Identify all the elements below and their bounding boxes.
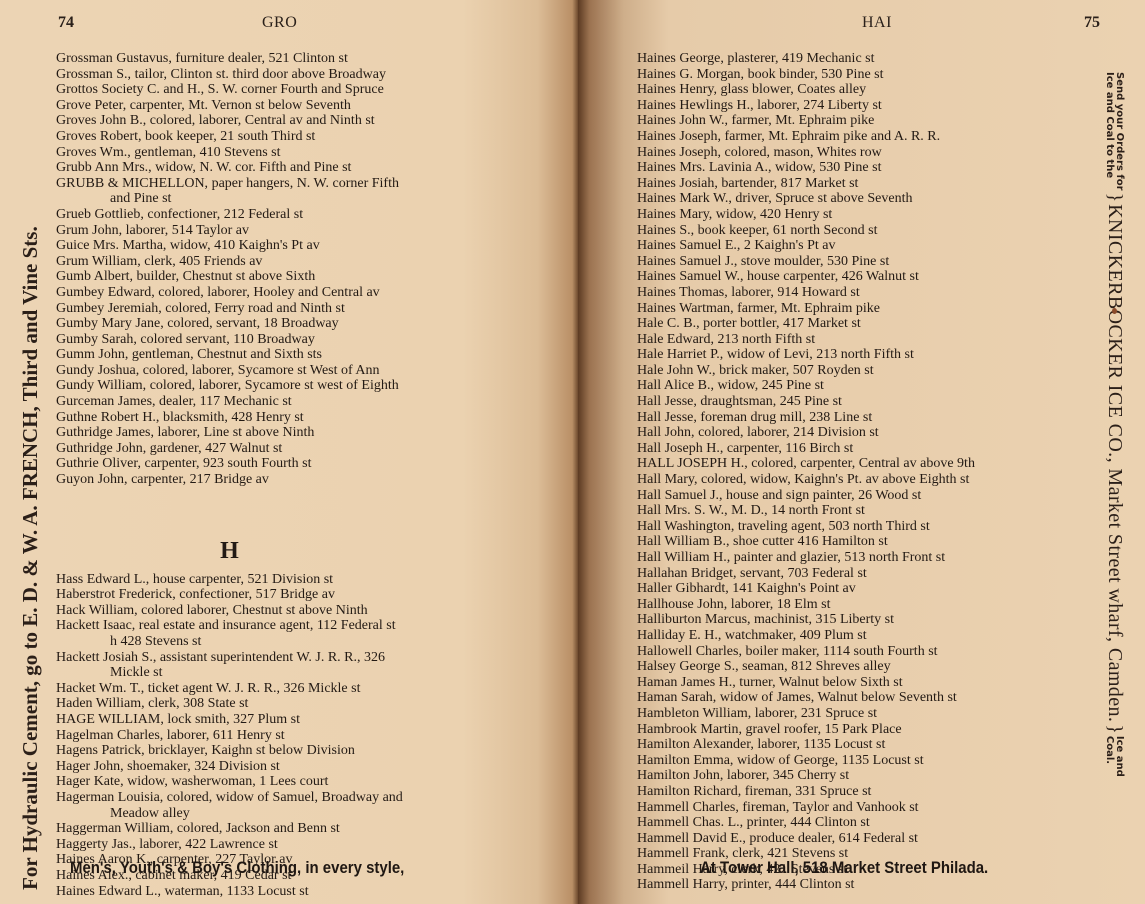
entry-details: blacksmith, 428 Henry st: [163, 410, 304, 425]
directory-entry: Hammell David E., produce dealer, 614 Fe…: [637, 831, 975, 847]
entry-details: printer, 444 Clinton st: [731, 877, 854, 892]
entry-name: Hammell David E.,: [637, 831, 746, 846]
directory-entry: Gumby Sarah, colored servant, 110 Broadw…: [56, 332, 403, 348]
entry-name: Haines Mary,: [637, 207, 712, 222]
directory-entry: Hall Jesse, foreman drug mill, 238 Line …: [637, 410, 975, 426]
entry-name: Hall Joseph H.,: [637, 441, 723, 456]
entry-name: Haines Wartman,: [637, 301, 734, 316]
directory-entry: Gundy William, colored, laborer, Sycamor…: [56, 378, 403, 394]
directory-entry: Haines Samuel E., 2 Kaighn's Pt av: [637, 238, 975, 254]
entry-name: Hallahan Bridget,: [637, 566, 737, 581]
entry-name: Gumby Sarah,: [56, 332, 137, 347]
entry-details: widow, 420 Henry st: [716, 207, 833, 222]
entry-name: Grossman Gustavus,: [56, 51, 172, 66]
entry-details: colored, laborer, Sycamore st West of An…: [143, 363, 380, 378]
entry-name: Hallhouse John,: [637, 597, 727, 612]
entry-name: Hammell Chas. L.,: [637, 815, 743, 830]
entry-name: Haines G. Morgan,: [637, 67, 744, 82]
entry-name: GRUBB & MICHELLON,: [56, 176, 208, 191]
entry-details: gentleman, 410 Stevens st: [134, 145, 280, 160]
directory-entry: Hale John W., brick maker, 507 Royden st: [637, 363, 975, 379]
directory-entry: Hall Mrs. S. W., M. D., 14 north Front s…: [637, 503, 975, 519]
entry-details: stove moulder, 530 Pine st: [741, 254, 889, 269]
entry-details: boiler maker, 1114 south Fourth st: [745, 644, 937, 659]
directory-entry: Haines Josiah, bartender, 817 Market st: [637, 176, 975, 192]
entry-details: colored servant, 110 Broadway: [140, 332, 314, 347]
entry-name: Groves John B.,: [56, 113, 146, 128]
entry-name: Hall William H.,: [637, 550, 730, 565]
entry-name: Hambleton William,: [637, 706, 751, 721]
entry-details: M. D., 14 north Front st: [731, 503, 865, 518]
directory-entry: Hall Joseph H., carpenter, 116 Birch st: [637, 441, 975, 457]
entry-name: Grueb Gottlieb,: [56, 207, 144, 222]
entry-name: Hall Jesse,: [637, 394, 697, 409]
directory-entry: Haines Mrs. Lavinia A., widow, 530 Pine …: [637, 160, 975, 176]
directory-entry: Gumbey Edward, colored, laborer, Hooley …: [56, 285, 403, 301]
directory-entries-right: Haines George, plasterer, 419 Mechanic s…: [637, 51, 975, 893]
entry-details: confectioner, 517 Bridge av: [179, 587, 335, 602]
entry-name: Hall Samuel J.,: [637, 488, 723, 503]
margin-ad-main: KNICKERBOCKER ICE CO., Market Street wha…: [1103, 204, 1126, 722]
entry-details: shoe cutter 416 Hamilton st: [733, 534, 888, 549]
entry-details: traveling agent, 503 north Third st: [738, 519, 930, 534]
entry-details: plasterer, 419 Mechanic st: [727, 51, 874, 66]
entry-name: Hamilton Alexander,: [637, 737, 754, 752]
entry-details: colored, widow of Samuel, Broadway and: [167, 790, 403, 805]
entry-details: paper hangers, N. W. corner Fifth: [212, 176, 399, 191]
entry-details: assistant superintendent W. J. R. R., 32…: [160, 650, 385, 665]
directory-entry: Guthridge James, laborer, Line st above …: [56, 425, 403, 441]
entry-name: Haines Edward L.,: [56, 884, 161, 899]
entry-details: confectioner, 212 Federal st: [147, 207, 303, 222]
entry-details: colored, mason, Whites row: [725, 145, 882, 160]
directory-entry: Hammell Chas. L., printer, 444 Clinton s…: [637, 815, 975, 831]
entry-name: Gurceman James,: [56, 394, 156, 409]
entry-details: laborer, 422 Lawrence st: [139, 837, 278, 852]
entry-details: laborer, 18 Elm st: [731, 597, 831, 612]
directory-entry: Haines Joseph, farmer, Mt. Ephraim pike …: [637, 129, 975, 145]
directory-entry: Grove Peter, carpenter, Mt. Vernon st be…: [56, 98, 403, 114]
entry-details: colored, laborer, 214 Division st: [698, 425, 879, 440]
entry-name: Haines Josiah,: [637, 176, 718, 191]
section-gap: [56, 488, 403, 528]
left-page: 74 GRO Grossman Gustavus, furniture deal…: [0, 0, 578, 904]
entry-name: Hammell Harry,: [637, 877, 728, 892]
entry-details: widow, 245 Pine st: [718, 378, 824, 393]
entry-name: Hale Harriet P.,: [637, 347, 723, 362]
entry-details: lock smith, 327 Plum st: [167, 712, 300, 727]
entry-details: book binder, 530 Pine st: [748, 67, 884, 82]
entry-details: farmer, Mt. Ephraim pike and A. R. R.: [725, 129, 941, 144]
margin-ad-small-text: Send your Orders for Ice and Coal to the: [1105, 72, 1125, 191]
entry-name: Haden William,: [56, 696, 145, 711]
directory-entry: Haines Henry, glass blower, Coates alley: [637, 82, 975, 98]
entry-details: carpenter, 116 Birch st: [727, 441, 853, 456]
entry-details: widow, 410 Kaighn's Pt av: [170, 238, 320, 253]
entry-details: house carpenter, 521 Division st: [153, 572, 333, 587]
directory-entry: Grossman Gustavus, furniture dealer, 521…: [56, 51, 403, 67]
directory-entry: Gumbey Jeremiah, colored, Ferry road and…: [56, 301, 403, 317]
directory-entry: Haggerty Jas., laborer, 422 Lawrence st: [56, 837, 403, 853]
entry-details: foreman drug mill, 238 Line st: [700, 410, 872, 425]
directory-entry: Guthridge John, gardener, 427 Walnut st: [56, 441, 403, 457]
directory-entry: HAGE WILLIAM, lock smith, 327 Plum st: [56, 712, 403, 728]
entry-name: Hagerman Louisia,: [56, 790, 163, 805]
entry-details: book keeper, 61 north Second st: [698, 223, 878, 238]
entry-name: Hackett Isaac,: [56, 618, 135, 633]
directory-entry: Guice Mrs. Martha, widow, 410 Kaighn's P…: [56, 238, 403, 254]
entry-name: Haines Henry,: [637, 82, 717, 97]
entry-name: Hagelman Charles,: [56, 728, 163, 743]
directory-entry: Hambleton William, laborer, 231 Spruce s…: [637, 706, 975, 722]
directory-entry: Hammell Harry, printer, 444 Clinton st: [637, 877, 975, 893]
entry-details: bricklayer, Kaighn st below Division: [148, 743, 355, 758]
book-spread: 74 GRO Grossman Gustavus, furniture deal…: [0, 0, 1145, 904]
entry-details: seaman, 812 Shreves alley: [742, 659, 891, 674]
brace-glyph: }: [1103, 724, 1126, 734]
directory-entry: Grum William, clerk, 405 Friends av: [56, 254, 403, 270]
entry-details: colored, laborer, Sycamore st west of Ei…: [150, 378, 399, 393]
entry-details: colored, Ferry road and Ninth st: [165, 301, 345, 316]
directory-entry: Hacket Wm. T., ticket agent W. J. R. R.,…: [56, 681, 403, 697]
entry-details: waterman, 1133 Locust st: [164, 884, 308, 899]
entry-name: Hale John W.,: [637, 363, 716, 378]
directory-entry: Grubb Ann Mrs., widow, N. W. cor. Fifth …: [56, 160, 403, 176]
entry-details: widow, washerwoman, 1 Lees court: [127, 774, 328, 789]
directory-entry: Guthne Robert H., blacksmith, 428 Henry …: [56, 410, 403, 426]
directory-entry: Hamilton John, laborer, 345 Cherry st: [637, 768, 975, 784]
entry-name: Haines John W.,: [637, 113, 728, 128]
entry-details: colored, widow, Kaighn's Pt. av above Ei…: [701, 472, 969, 487]
directory-entry: Hallahan Bridget, servant, 703 Federal s…: [637, 566, 975, 582]
entry-details: house carpenter, 426 Walnut st: [747, 269, 919, 284]
directory-entry: Hall Alice B., widow, 245 Pine st: [637, 378, 975, 394]
entry-details: builder, Chestnut st above Sixth: [137, 269, 316, 284]
directory-entry: Halliburton Marcus, machinist, 315 Liber…: [637, 612, 975, 628]
directory-entry: Haggerman William, colored, Jackson and …: [56, 821, 403, 837]
entry-details: brick maker, 507 Royden st: [719, 363, 874, 378]
directory-entry: Halsey George S., seaman, 812 Shreves al…: [637, 659, 975, 675]
directory-entry: Haines Mark W., driver, Spruce st above …: [637, 191, 975, 207]
directory-entry: Guyon John, carpenter, 217 Bridge av: [56, 472, 403, 488]
entry-name: Hager Kate,: [56, 774, 124, 789]
entry-details: house and sign painter, 26 Wood st: [726, 488, 921, 503]
entry-continuation: and Pine st: [56, 191, 403, 207]
directory-entry: Hackett Josiah S., assistant superintend…: [56, 650, 403, 681]
entry-details: porter bottler, 417 Market st: [703, 316, 861, 331]
running-head-right: HAI: [862, 14, 892, 32]
directory-entry: Groves Robert, book keeper, 21 south Thi…: [56, 129, 403, 145]
directory-entry: Haberstrot Frederick, confectioner, 517 …: [56, 587, 403, 603]
entry-name: Haines Mrs. Lavinia A.,: [637, 160, 772, 175]
entry-details: colored, carpenter, Central av above 9th: [751, 456, 975, 471]
footer-ad-left: Men's, Youth's & Boy's Clothing, in ever…: [70, 858, 404, 878]
entry-details: carpenter, 217 Bridge av: [131, 472, 269, 487]
entry-name: Haines Mark W.,: [637, 191, 732, 206]
entry-details: laborer, 914 Howard st: [731, 285, 860, 300]
entry-details: watchmaker, 409 Plum st: [725, 628, 867, 643]
directory-entry: Haman Sarah, widow of James, Walnut belo…: [637, 690, 975, 706]
entry-name: Guyon John,: [56, 472, 128, 487]
directory-entry: Hall William H., painter and glazier, 51…: [637, 550, 975, 566]
directory-entry: Haines John W., farmer, Mt. Ephraim pike: [637, 113, 975, 129]
entry-name: Haines Thomas,: [637, 285, 728, 300]
entry-details: clerk, 308 State st: [148, 696, 248, 711]
entry-name: HALL JOSEPH H.,: [637, 456, 748, 471]
entry-name: Haines George,: [637, 51, 724, 66]
entry-details: shoemaker, 324 Division st: [127, 759, 280, 774]
entry-name: Halsey George S.,: [637, 659, 739, 674]
directory-entry: GRUBB & MICHELLON, paper hangers, N. W. …: [56, 176, 403, 207]
entry-details: turner, Walnut below Sixth st: [739, 675, 902, 690]
entry-name: HAGE WILLIAM,: [56, 712, 164, 727]
entry-name: Haggerty Jas.,: [56, 837, 136, 852]
entry-details: clerk, 405 Friends av: [144, 254, 262, 269]
directory-entry: Haines Joseph, colored, mason, Whites ro…: [637, 145, 975, 161]
entry-details: laborer, 611 Henry st: [167, 728, 285, 743]
entry-name: Hale Edward,: [637, 332, 714, 347]
entry-name: Hall William B.,: [637, 534, 730, 549]
directory-entry: Haines Edward L., waterman, 1133 Locust …: [56, 884, 403, 900]
entry-details: carpenter, Mt. Vernon st below Seventh: [130, 98, 351, 113]
directory-entry: Haines G. Morgan, book binder, 530 Pine …: [637, 67, 975, 83]
entry-details: real estate and insurance agent, 112 Fed…: [139, 618, 396, 633]
running-head-left: GRO: [262, 14, 297, 32]
directory-entry: Gumby Mary Jane, colored, servant, 18 Br…: [56, 316, 403, 332]
entry-name: Guice Mrs. Martha,: [56, 238, 166, 253]
entry-name: Gumbey Jeremiah,: [56, 301, 162, 316]
right-page: HAI 75 Haines George, plasterer, 419 Mec…: [578, 0, 1145, 904]
entry-name: Hackett Josiah S.,: [56, 650, 156, 665]
directory-entry: Gumb Albert, builder, Chestnut st above …: [56, 269, 403, 285]
entry-name: Hass Edward L.,: [56, 572, 149, 587]
entry-name: Hagens Patrick,: [56, 743, 145, 758]
section-letter-heading: H: [56, 536, 403, 566]
entry-details: glass blower, Coates alley: [720, 82, 866, 97]
entry-details: 2 Kaighn's Pt av: [744, 238, 836, 253]
directory-entry: Haines Thomas, laborer, 914 Howard st: [637, 285, 975, 301]
entry-name: Gumbey Edward,: [56, 285, 155, 300]
entry-name: Haines Hewlings H.,: [637, 98, 754, 113]
entry-details: widow, 530 Pine st: [775, 160, 881, 175]
entry-name: Halliday E. H.,: [637, 628, 721, 643]
directory-entry: Hambrook Martin, gravel roofer, 15 Park …: [637, 722, 975, 738]
entry-name: Haggerman William,: [56, 821, 173, 836]
entry-details: laborer, 274 Liberty st: [757, 98, 882, 113]
directory-entry: Hallowell Charles, boiler maker, 1114 so…: [637, 644, 975, 660]
directory-entry: Hall Samuel J., house and sign painter, …: [637, 488, 975, 504]
entry-name: Gundy William,: [56, 378, 146, 393]
entry-details: widow of Levi, 213 north Fifth st: [727, 347, 914, 362]
entry-details: machinist, 315 Liberty st: [754, 612, 894, 627]
entry-name: Groves Robert,: [56, 129, 142, 144]
page-number-right: 75: [1084, 14, 1100, 32]
entry-details: book keeper, 21 south Third st: [145, 129, 315, 144]
directory-entry: Hamilton Emma, widow of George, 1135 Loc…: [637, 753, 975, 769]
entry-details: driver, Spruce st above Seventh: [735, 191, 912, 206]
entry-details: 213 north Fifth st: [717, 332, 815, 347]
directory-entry: Gumm John, gentleman, Chestnut and Sixth…: [56, 347, 403, 363]
entry-name: Hale C. B.,: [637, 316, 700, 331]
entry-details: laborer, 514 Taylor av: [126, 223, 249, 238]
directory-entry: Haines Samuel J., stove moulder, 530 Pin…: [637, 254, 975, 270]
directory-entry: Hall Jesse, draughtsman, 245 Pine st: [637, 394, 975, 410]
entry-name: Hamilton John,: [637, 768, 723, 783]
entry-name: Groves Wm.,: [56, 145, 131, 160]
entry-name: Grum John,: [56, 223, 122, 238]
entry-name: Haberstrot Frederick,: [56, 587, 176, 602]
directory-entry: Haden William, clerk, 308 State st: [56, 696, 403, 712]
entry-name: Guthridge James,: [56, 425, 154, 440]
directory-entry: Haines Hewlings H., laborer, 274 Liberty…: [637, 98, 975, 114]
entry-name: Haines Joseph,: [637, 145, 721, 160]
directory-entry: Haller Gibhardt, 141 Kaighn's Point av: [637, 581, 975, 597]
entry-name: Grum William,: [56, 254, 141, 269]
directory-entry: Groves John B., colored, laborer, Centra…: [56, 113, 403, 129]
entry-details: painter and glazier, 513 north Front st: [734, 550, 945, 565]
directory-entry: Grum John, laborer, 514 Taylor av: [56, 223, 403, 239]
directory-entry: Grossman S., tailor, Clinton st. third d…: [56, 67, 403, 83]
entry-continuation: Meadow alley: [56, 806, 403, 822]
entry-details: furniture dealer, 521 Clinton st: [175, 51, 347, 66]
entry-name: Hamilton Richard,: [637, 784, 741, 799]
entry-details: colored, Jackson and Benn st: [177, 821, 340, 836]
footer-ad-right: At Tower Hall, 518 Market Street Philada…: [700, 858, 988, 878]
entry-details: servant, 703 Federal st: [740, 566, 867, 581]
entry-details: gardener, 427 Walnut st: [150, 441, 283, 456]
entry-details: colored laborer, Chestnut st above Ninth: [141, 603, 368, 618]
entry-name: Haines Samuel E.,: [637, 238, 740, 253]
entry-name: Gumby Mary Jane,: [56, 316, 164, 331]
entry-details: colored, servant, 18 Broadway: [167, 316, 338, 331]
entry-name: Hacket Wm. T.,: [56, 681, 144, 696]
directory-entry: Hamilton Alexander, laborer, 1135 Locust…: [637, 737, 975, 753]
directory-entry: Gurceman James, dealer, 117 Mechanic st: [56, 394, 403, 410]
entry-details: laborer, 1135 Locust st: [757, 737, 885, 752]
directory-entry: Hagens Patrick, bricklayer, Kaighn st be…: [56, 743, 403, 759]
entry-details: 141 Kaighn's Point av: [732, 581, 855, 596]
entry-name: Gundy Joshua,: [56, 363, 139, 378]
entry-name: Hamilton Emma,: [637, 753, 733, 768]
directory-entry: Grottos Society C. and H., S. W. corner …: [56, 82, 403, 98]
entry-details: laborer, Line st above Ninth: [157, 425, 314, 440]
directory-entries-left: Grossman Gustavus, furniture dealer, 521…: [56, 51, 403, 899]
entry-name: Hall Mary,: [637, 472, 698, 487]
entry-name: Haines S.,: [637, 223, 694, 238]
entry-details: colored, laborer, Central av and Ninth s…: [150, 113, 375, 128]
entry-name: Haman James H.,: [637, 675, 736, 690]
entry-name: Halliburton Marcus,: [637, 612, 751, 627]
entry-name: Hack William,: [56, 603, 138, 618]
entry-name: Haines Joseph,: [637, 129, 721, 144]
entry-details: laborer, 345 Cherry st: [727, 768, 849, 783]
entry-name: Gumb Albert,: [56, 269, 133, 284]
paper-stain: [1112, 308, 1117, 314]
entry-details: dealer, 117 Mechanic st: [159, 394, 292, 409]
page-number-left: 74: [58, 14, 74, 32]
directory-entry: Haman James H., turner, Walnut below Six…: [637, 675, 975, 691]
brace-glyph: }: [1103, 193, 1126, 203]
entry-details: carpenter, 923 south Fourth st: [144, 456, 311, 471]
entry-name: Hambrook Martin,: [637, 722, 742, 737]
entry-details: widow of James, Walnut below Seventh st: [720, 690, 957, 705]
entry-details: gentleman, Chestnut and Sixth sts: [132, 347, 322, 362]
directory-entry: Haines Samuel W., house carpenter, 426 W…: [637, 269, 975, 285]
directory-entry: Hagerman Louisia, colored, widow of Samu…: [56, 790, 403, 821]
directory-entry: Haines S., book keeper, 61 north Second …: [637, 223, 975, 239]
entry-details: printer, 444 Clinton st: [747, 815, 870, 830]
margin-ad-tail: Ice and Coal.: [1105, 736, 1125, 777]
directory-entry: Guthrie Oliver, carpenter, 923 south Fou…: [56, 456, 403, 472]
directory-entry: Haines Mary, widow, 420 Henry st: [637, 207, 975, 223]
entry-name: Hall Alice B.,: [637, 378, 714, 393]
entry-name: Grove Peter,: [56, 98, 126, 113]
directory-entry: Hall Washington, traveling agent, 503 no…: [637, 519, 975, 535]
directory-entry: Hale C. B., porter bottler, 417 Market s…: [637, 316, 975, 332]
directory-entry: Hass Edward L., house carpenter, 521 Div…: [56, 572, 403, 588]
entry-name: Haines Samuel W.,: [637, 269, 744, 284]
directory-entry: Hammell Charles, fireman, Taylor and Van…: [637, 800, 975, 816]
entry-name: Haman Sarah,: [637, 690, 716, 705]
margin-ad-right: Send your Orders for Ice and Coal to the…: [1103, 72, 1126, 832]
entry-details: draughtsman, 245 Pine st: [700, 394, 842, 409]
entry-details: tailor, Clinton st. third door above Bro…: [135, 67, 386, 82]
entry-details: fireman, Taylor and Vanhook st: [742, 800, 918, 815]
entry-name: Grottos Society C. and H.,: [56, 82, 204, 97]
directory-entry: Grueb Gottlieb, confectioner, 212 Federa…: [56, 207, 403, 223]
entry-name: Hall Jesse,: [637, 410, 697, 425]
entry-name: Haines Samuel J.,: [637, 254, 737, 269]
directory-entry: Hamilton Richard, fireman, 331 Spruce st: [637, 784, 975, 800]
entry-continuation: h 428 Stevens st: [56, 634, 403, 650]
entry-details: farmer, Mt. Ephraim pike: [732, 113, 875, 128]
entry-continuation: Mickle st: [56, 665, 403, 681]
entry-details: ticket agent W. J. R. R., 326 Mickle st: [148, 681, 361, 696]
directory-entry: Hallhouse John, laborer, 18 Elm st: [637, 597, 975, 613]
directory-entry: Haines George, plasterer, 419 Mechanic s…: [637, 51, 975, 67]
directory-entry: Groves Wm., gentleman, 410 Stevens st: [56, 145, 403, 161]
directory-entry: Haines Wartman, farmer, Mt. Ephraim pike: [637, 301, 975, 317]
entry-details: gravel roofer, 15 Park Place: [745, 722, 901, 737]
entry-name: Hall John,: [637, 425, 695, 440]
entry-name: Hall Washington,: [637, 519, 734, 534]
entry-name: Guthridge John,: [56, 441, 146, 456]
directory-entry: Hack William, colored laborer, Chestnut …: [56, 603, 403, 619]
directory-entry: Hall John, colored, laborer, 214 Divisio…: [637, 425, 975, 441]
directory-entry: Hackett Isaac, real estate and insurance…: [56, 618, 403, 649]
entry-details: produce dealer, 614 Federal st: [749, 831, 918, 846]
directory-entry: HALL JOSEPH H., colored, carpenter, Cent…: [637, 456, 975, 472]
directory-entry: Hale Harriet P., widow of Levi, 213 nort…: [637, 347, 975, 363]
directory-entry: Hagelman Charles, laborer, 611 Henry st: [56, 728, 403, 744]
entry-name: Hager John,: [56, 759, 124, 774]
entry-details: bartender, 817 Market st: [721, 176, 858, 191]
directory-entry: Hale Edward, 213 north Fifth st: [637, 332, 975, 348]
directory-entry: Hall Mary, colored, widow, Kaighn's Pt. …: [637, 472, 975, 488]
entry-details: widow of George, 1135 Locust st: [737, 753, 924, 768]
entry-details: colored, laborer, Hooley and Central av: [158, 285, 379, 300]
directory-entry: Hager John, shoemaker, 324 Division st: [56, 759, 403, 775]
directory-entry: Halliday E. H., watchmaker, 409 Plum st: [637, 628, 975, 644]
entry-name: Hammell Charles,: [637, 800, 739, 815]
entry-details: fireman, 331 Spruce st: [745, 784, 872, 799]
directory-entry: Hager Kate, widow, washerwoman, 1 Lees c…: [56, 774, 403, 790]
directory-entry: Hall William B., shoe cutter 416 Hamilto…: [637, 534, 975, 550]
margin-ad-left: For Hydraulic Cement, go to E. D. & W. A…: [18, 130, 43, 890]
entry-name: Guthrie Oliver,: [56, 456, 141, 471]
entry-name: Hallowell Charles,: [637, 644, 742, 659]
entry-name: Grubb Ann Mrs.,: [56, 160, 152, 175]
